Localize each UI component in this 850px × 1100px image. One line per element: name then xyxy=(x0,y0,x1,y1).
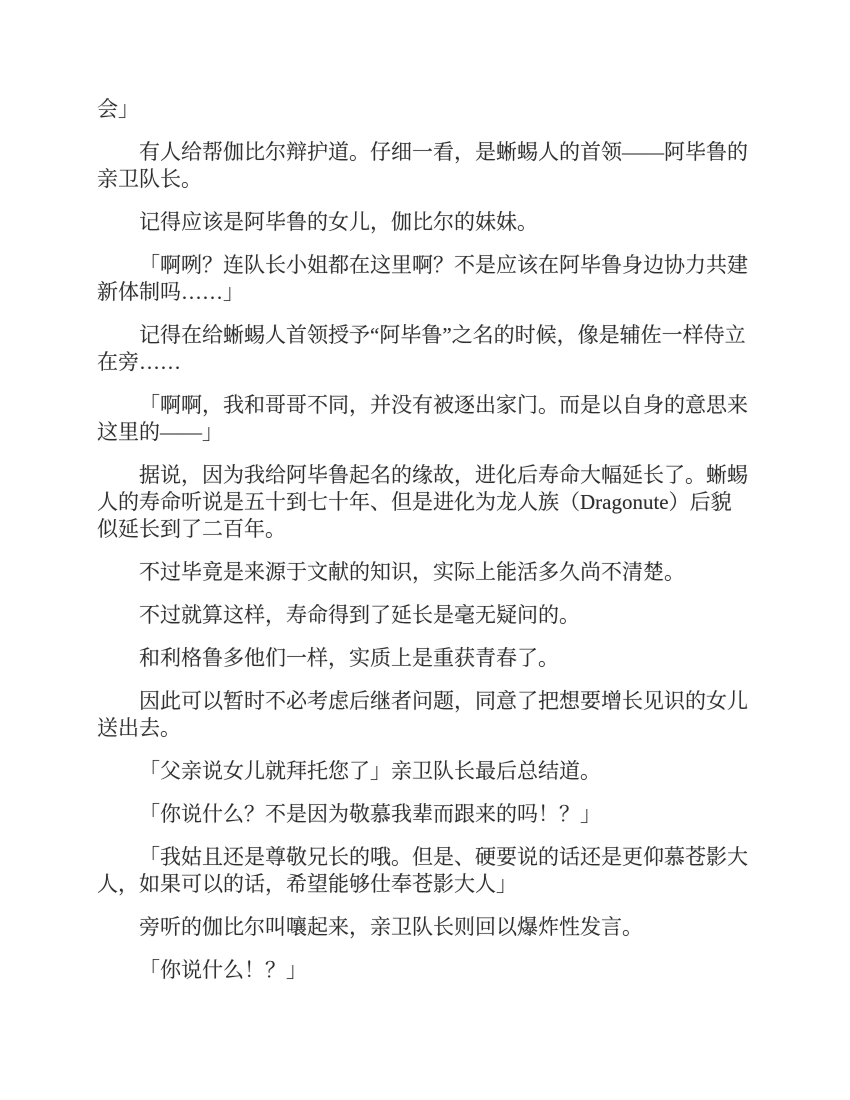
text-content: 会」有人给帮伽比尔辩护道。仔细一看，是蜥蜴人的首领——阿毕鲁的亲卫队长。记得应该… xyxy=(97,96,773,984)
text-line: 记得在给蜥蜴人首领授予“阿毕鲁”之名的时候，像是辅佐一样侍立 xyxy=(97,322,773,349)
text-line: 「啊咧？连队长小姐都在这里啊？不是应该在阿毕鲁身边协力共建 xyxy=(97,252,773,279)
text-line: 人，如果可以的话，希望能够仕奉苍影大人」 xyxy=(97,871,773,898)
paragraph: 有人给帮伽比尔辩护道。仔细一看，是蜥蜴人的首领——阿毕鲁的亲卫队长。 xyxy=(97,139,773,193)
paragraph: 「啊咧？连队长小姐都在这里啊？不是应该在阿毕鲁身边协力共建新体制吗……」 xyxy=(97,252,773,306)
text-line: 据说，因为我给阿毕鲁起名的缘故，进化后寿命大幅延长了。蜥蜴 xyxy=(97,462,773,489)
paragraph: 旁听的伽比尔叫嚷起来，亲卫队长则回以爆炸性发言。 xyxy=(97,914,773,941)
text-line: 「我姑且还是尊敬兄长的哦。但是、硬要说的话还是更仰慕苍影大 xyxy=(97,844,773,871)
text-line: 「啊啊，我和哥哥不同，并没有被逐出家门。而是以自身的意思来 xyxy=(97,392,773,419)
text-line: 「父亲说女儿就拜托您了」亲卫队长最后总结道。 xyxy=(97,758,773,785)
text-line: 不过毕竟是来源于文献的知识，实际上能活多久尚不清楚。 xyxy=(97,559,773,586)
text-line: 「你说什么？不是因为敬慕我辈而跟来的吗！？」 xyxy=(97,801,773,828)
text-line: 记得应该是阿毕鲁的女儿，伽比尔的妹妹。 xyxy=(97,209,773,236)
text-line: 似延长到了二百年。 xyxy=(97,516,773,543)
paragraph: 据说，因为我给阿毕鲁起名的缘故，进化后寿命大幅延长了。蜥蜴人的寿命听说是五十到七… xyxy=(97,462,773,543)
text-line: 因此可以暂时不必考虑后继者问题，同意了把想要增长见识的女儿 xyxy=(97,688,773,715)
text-line: 亲卫队长。 xyxy=(97,166,773,193)
paragraph: 「父亲说女儿就拜托您了」亲卫队长最后总结道。 xyxy=(97,758,773,785)
paragraph: 「啊啊，我和哥哥不同，并没有被逐出家门。而是以自身的意思来这里的——」 xyxy=(97,392,773,446)
paragraph: 不过毕竟是来源于文献的知识，实际上能活多久尚不清楚。 xyxy=(97,559,773,586)
text-line: 不过就算这样，寿命得到了延长是毫无疑问的。 xyxy=(97,602,773,629)
paragraph: 「你说什么？不是因为敬慕我辈而跟来的吗！？」 xyxy=(97,801,773,828)
paragraph: 会」 xyxy=(97,96,773,123)
paragraph: 不过就算这样，寿命得到了延长是毫无疑问的。 xyxy=(97,602,773,629)
text-line: 人的寿命听说是五十到七十年、但是进化为龙人族（Dragonute）后貌 xyxy=(97,489,773,516)
text-line: 有人给帮伽比尔辩护道。仔细一看，是蜥蜴人的首领——阿毕鲁的 xyxy=(97,139,773,166)
paragraph: 因此可以暂时不必考虑后继者问题，同意了把想要增长见识的女儿送出去。 xyxy=(97,688,773,742)
text-line: 「你说什么！？」 xyxy=(97,957,773,984)
text-line: 会」 xyxy=(97,96,773,123)
paragraph: 和利格鲁多他们一样，实质上是重获青春了。 xyxy=(97,645,773,672)
text-line: 送出去。 xyxy=(97,715,773,742)
text-line: 和利格鲁多他们一样，实质上是重获青春了。 xyxy=(97,645,773,672)
paragraph: 「你说什么！？」 xyxy=(97,957,773,984)
paragraph: 「我姑且还是尊敬兄长的哦。但是、硬要说的话还是更仰慕苍影大人，如果可以的话，希望… xyxy=(97,844,773,898)
text-line: 这里的——」 xyxy=(97,419,773,446)
text-line: 在旁…… xyxy=(97,349,773,376)
paragraph: 记得在给蜥蜴人首领授予“阿毕鲁”之名的时候，像是辅佐一样侍立在旁…… xyxy=(97,322,773,376)
text-line: 旁听的伽比尔叫嚷起来，亲卫队长则回以爆炸性发言。 xyxy=(97,914,773,941)
paragraph: 记得应该是阿毕鲁的女儿，伽比尔的妹妹。 xyxy=(97,209,773,236)
text-line: 新体制吗……」 xyxy=(97,279,773,306)
document-page: 会」有人给帮伽比尔辩护道。仔细一看，是蜥蜴人的首领——阿毕鲁的亲卫队长。记得应该… xyxy=(0,0,850,1100)
